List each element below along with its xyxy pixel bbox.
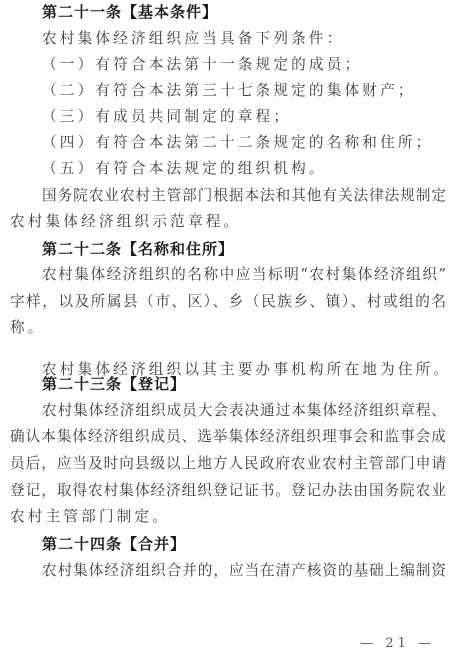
article-21-heading: 第二十一条【基本条件】 [42,1,446,23]
list-item-3: （三）有成员共同制定的章程； [42,106,446,128]
paragraph-line: 称。 [10,317,446,339]
list-item-2: （二）有符合本法第三十七条规定的集体财产； [42,80,446,102]
article-24-heading: 第二十四条【合并】 [42,533,446,555]
paragraph-line: 农村集体经济组织合并的，应当在清产核资的基础上编制资 [42,560,446,582]
paragraph-line: 农村集体经济组织应当具备下列条件： [42,28,446,50]
paragraph-line: 字样，以及所属县（市、区）、乡（民族乡、镇）、村或组的名 [10,291,446,313]
list-item-1: （一）有符合本法第十一条规定的成员； [42,54,446,76]
paragraph-line: 登记，取得农村集体经济组织登记证书。登记办法由国务院农业 [10,480,446,502]
paragraph-line: 农村主管部门制定。 [10,506,446,528]
paragraph-line: 员后，应当及时向县级以上地方人民政府农业农村主管部门申请 [10,453,446,475]
article-22-heading: 第二十二条【名称和住所】 [42,238,446,260]
paragraph-line: 国务院农业农村主管部门根据本法和其他有关法律法规制定 [42,185,446,207]
paragraph-line: 农村集体经济组织成员大会表决通过本集体经济组织章程、 [42,400,446,422]
paragraph-line: 确认本集体经济组织成员、选举集体经济组织理事会和监事会成 [10,426,446,448]
list-item-5: （五）有符合本法规定的组织机构。 [42,158,446,180]
article-23-heading: 第二十三条【登记】 [42,373,446,395]
page-number: — 21 — [360,636,435,651]
paragraph-line: 农村集体经济组织的名称中应当标明“农村集体经济组织” [42,264,446,286]
document-page: 第二十一条【基本条件】 农村集体经济组织应当具备下列条件： （一）有符合本法第十… [0,0,453,661]
list-item-4: （四）有符合本法第二十二条规定的名称和住所； [42,132,446,154]
paragraph-line: 农村集体经济组织示范章程。 [10,211,446,233]
